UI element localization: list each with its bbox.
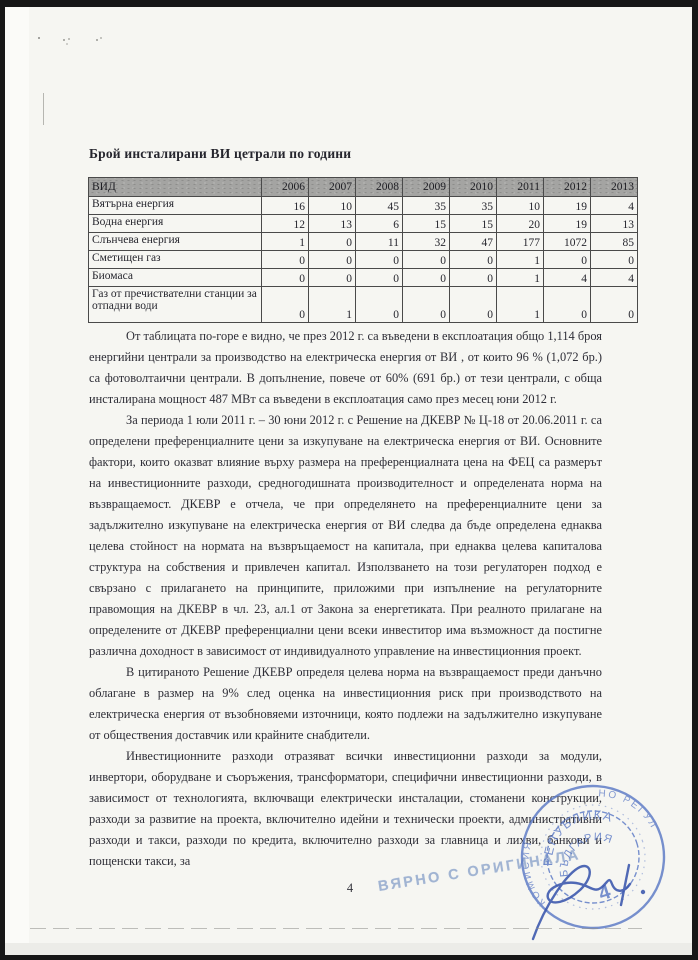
row-label: Газ от пречиствателни станции за отпадни… bbox=[89, 287, 262, 323]
value-cell: 0 bbox=[403, 287, 450, 323]
row-label: Водна енергия bbox=[89, 215, 262, 233]
value-cell: 47 bbox=[450, 233, 497, 251]
year-column-header: 2010 bbox=[450, 178, 497, 197]
value-cell: 1 bbox=[309, 287, 356, 323]
value-cell: 13 bbox=[591, 215, 638, 233]
year-column-header: 2006 bbox=[262, 178, 309, 197]
table-row: Вятърна енергия161045353510194 bbox=[89, 197, 638, 215]
value-cell: 15 bbox=[450, 215, 497, 233]
value-cell: 10 bbox=[497, 197, 544, 215]
row-label: Вятърна енергия bbox=[89, 197, 262, 215]
table-row: Водна енергия121361515201913 bbox=[89, 215, 638, 233]
value-cell: 32 bbox=[403, 233, 450, 251]
scan-gutter bbox=[5, 7, 29, 955]
scan-scratch bbox=[43, 93, 44, 125]
table-row: Сметищен газ00000100 bbox=[89, 251, 638, 269]
table-body: Вятърна енергия161045353510194Водна енер… bbox=[89, 197, 638, 323]
svg-text:НО РЕГУЛ: НО РЕГУЛ bbox=[595, 774, 660, 843]
value-cell: 0 bbox=[262, 287, 309, 323]
value-cell: 1 bbox=[497, 287, 544, 323]
paragraph: В цитираното Решение ДКЕВР определя целе… bbox=[89, 662, 602, 746]
value-cell: 10 bbox=[309, 197, 356, 215]
value-cell: 0 bbox=[356, 269, 403, 287]
value-cell: 85 bbox=[591, 233, 638, 251]
year-column-header: 2011 bbox=[497, 178, 544, 197]
value-cell: 20 bbox=[497, 215, 544, 233]
round-official-stamp: РЕПУБЛИКА БЪЛГАРИЯ КОМИСИЯ НО РЕГУЛ 4 bbox=[493, 773, 698, 951]
value-cell: 0 bbox=[450, 269, 497, 287]
value-cell: 45 bbox=[356, 197, 403, 215]
value-cell: 177 bbox=[497, 233, 544, 251]
value-cell: 0 bbox=[309, 233, 356, 251]
paragraph: За периода 1 юли 2011 г. – 30 юни 2012 г… bbox=[89, 410, 602, 662]
paragraph: От таблицата по-горе е видно, че през 20… bbox=[89, 326, 602, 410]
year-column-header: 2009 bbox=[403, 178, 450, 197]
value-cell: 1072 bbox=[544, 233, 591, 251]
year-column-header: 2012 bbox=[544, 178, 591, 197]
table-row: Биомаса00000144 bbox=[89, 269, 638, 287]
scan-bottom-band bbox=[5, 943, 692, 955]
type-column-header: ВИД bbox=[89, 178, 262, 197]
year-column-header: 2008 bbox=[356, 178, 403, 197]
value-cell: 0 bbox=[356, 287, 403, 323]
value-cell: 0 bbox=[356, 251, 403, 269]
value-cell: 0 bbox=[403, 269, 450, 287]
value-cell: 4 bbox=[591, 197, 638, 215]
value-cell: 15 bbox=[403, 215, 450, 233]
value-cell: 0 bbox=[403, 251, 450, 269]
value-cell: 0 bbox=[591, 251, 638, 269]
value-cell: 35 bbox=[403, 197, 450, 215]
scanned-page: Брой инсталирани ВИ цетрали по години ВИ… bbox=[0, 0, 698, 960]
value-cell: 0 bbox=[544, 287, 591, 323]
value-cell: 0 bbox=[591, 287, 638, 323]
page-title: Брой инсталирани ВИ цетрали по години bbox=[89, 146, 351, 162]
value-cell: 0 bbox=[309, 269, 356, 287]
table-header-row: ВИД20062007200820092010201120122013 bbox=[89, 178, 638, 197]
value-cell: 1 bbox=[497, 251, 544, 269]
value-cell: 0 bbox=[450, 287, 497, 323]
value-cell: 4 bbox=[544, 269, 591, 287]
value-cell: 1 bbox=[262, 233, 309, 251]
table-row: Слънчева енергия10113247177107285 bbox=[89, 233, 638, 251]
value-cell: 6 bbox=[356, 215, 403, 233]
table-row: Газ от пречиствателни станции за отпадни… bbox=[89, 287, 638, 323]
year-column-header: 2007 bbox=[309, 178, 356, 197]
value-cell: 19 bbox=[544, 215, 591, 233]
row-label: Биомаса bbox=[89, 269, 262, 287]
value-cell: 11 bbox=[356, 233, 403, 251]
year-column-header: 2013 bbox=[591, 178, 638, 197]
value-cell: 0 bbox=[309, 251, 356, 269]
value-cell: 1 bbox=[497, 269, 544, 287]
value-cell: 0 bbox=[544, 251, 591, 269]
value-cell: 16 bbox=[262, 197, 309, 215]
value-cell: 19 bbox=[544, 197, 591, 215]
paper-sheet: Брой инсталирани ВИ цетрали по години ВИ… bbox=[5, 7, 692, 955]
value-cell: 0 bbox=[262, 251, 309, 269]
page-number: 4 bbox=[335, 881, 365, 896]
value-cell: 0 bbox=[262, 269, 309, 287]
installed-plants-table: ВИД20062007200820092010201120122013 Вятъ… bbox=[88, 177, 638, 323]
row-label: Слънчева енергия bbox=[89, 233, 262, 251]
value-cell: 13 bbox=[309, 215, 356, 233]
value-cell: 0 bbox=[450, 251, 497, 269]
value-cell: 12 bbox=[262, 215, 309, 233]
scan-speck bbox=[38, 37, 40, 39]
value-cell: 35 bbox=[450, 197, 497, 215]
value-cell: 4 bbox=[591, 269, 638, 287]
footer-rule bbox=[30, 928, 642, 929]
row-label: Сметищен газ bbox=[89, 251, 262, 269]
stamp-ring-text-right: НО РЕГУЛ bbox=[595, 774, 660, 843]
